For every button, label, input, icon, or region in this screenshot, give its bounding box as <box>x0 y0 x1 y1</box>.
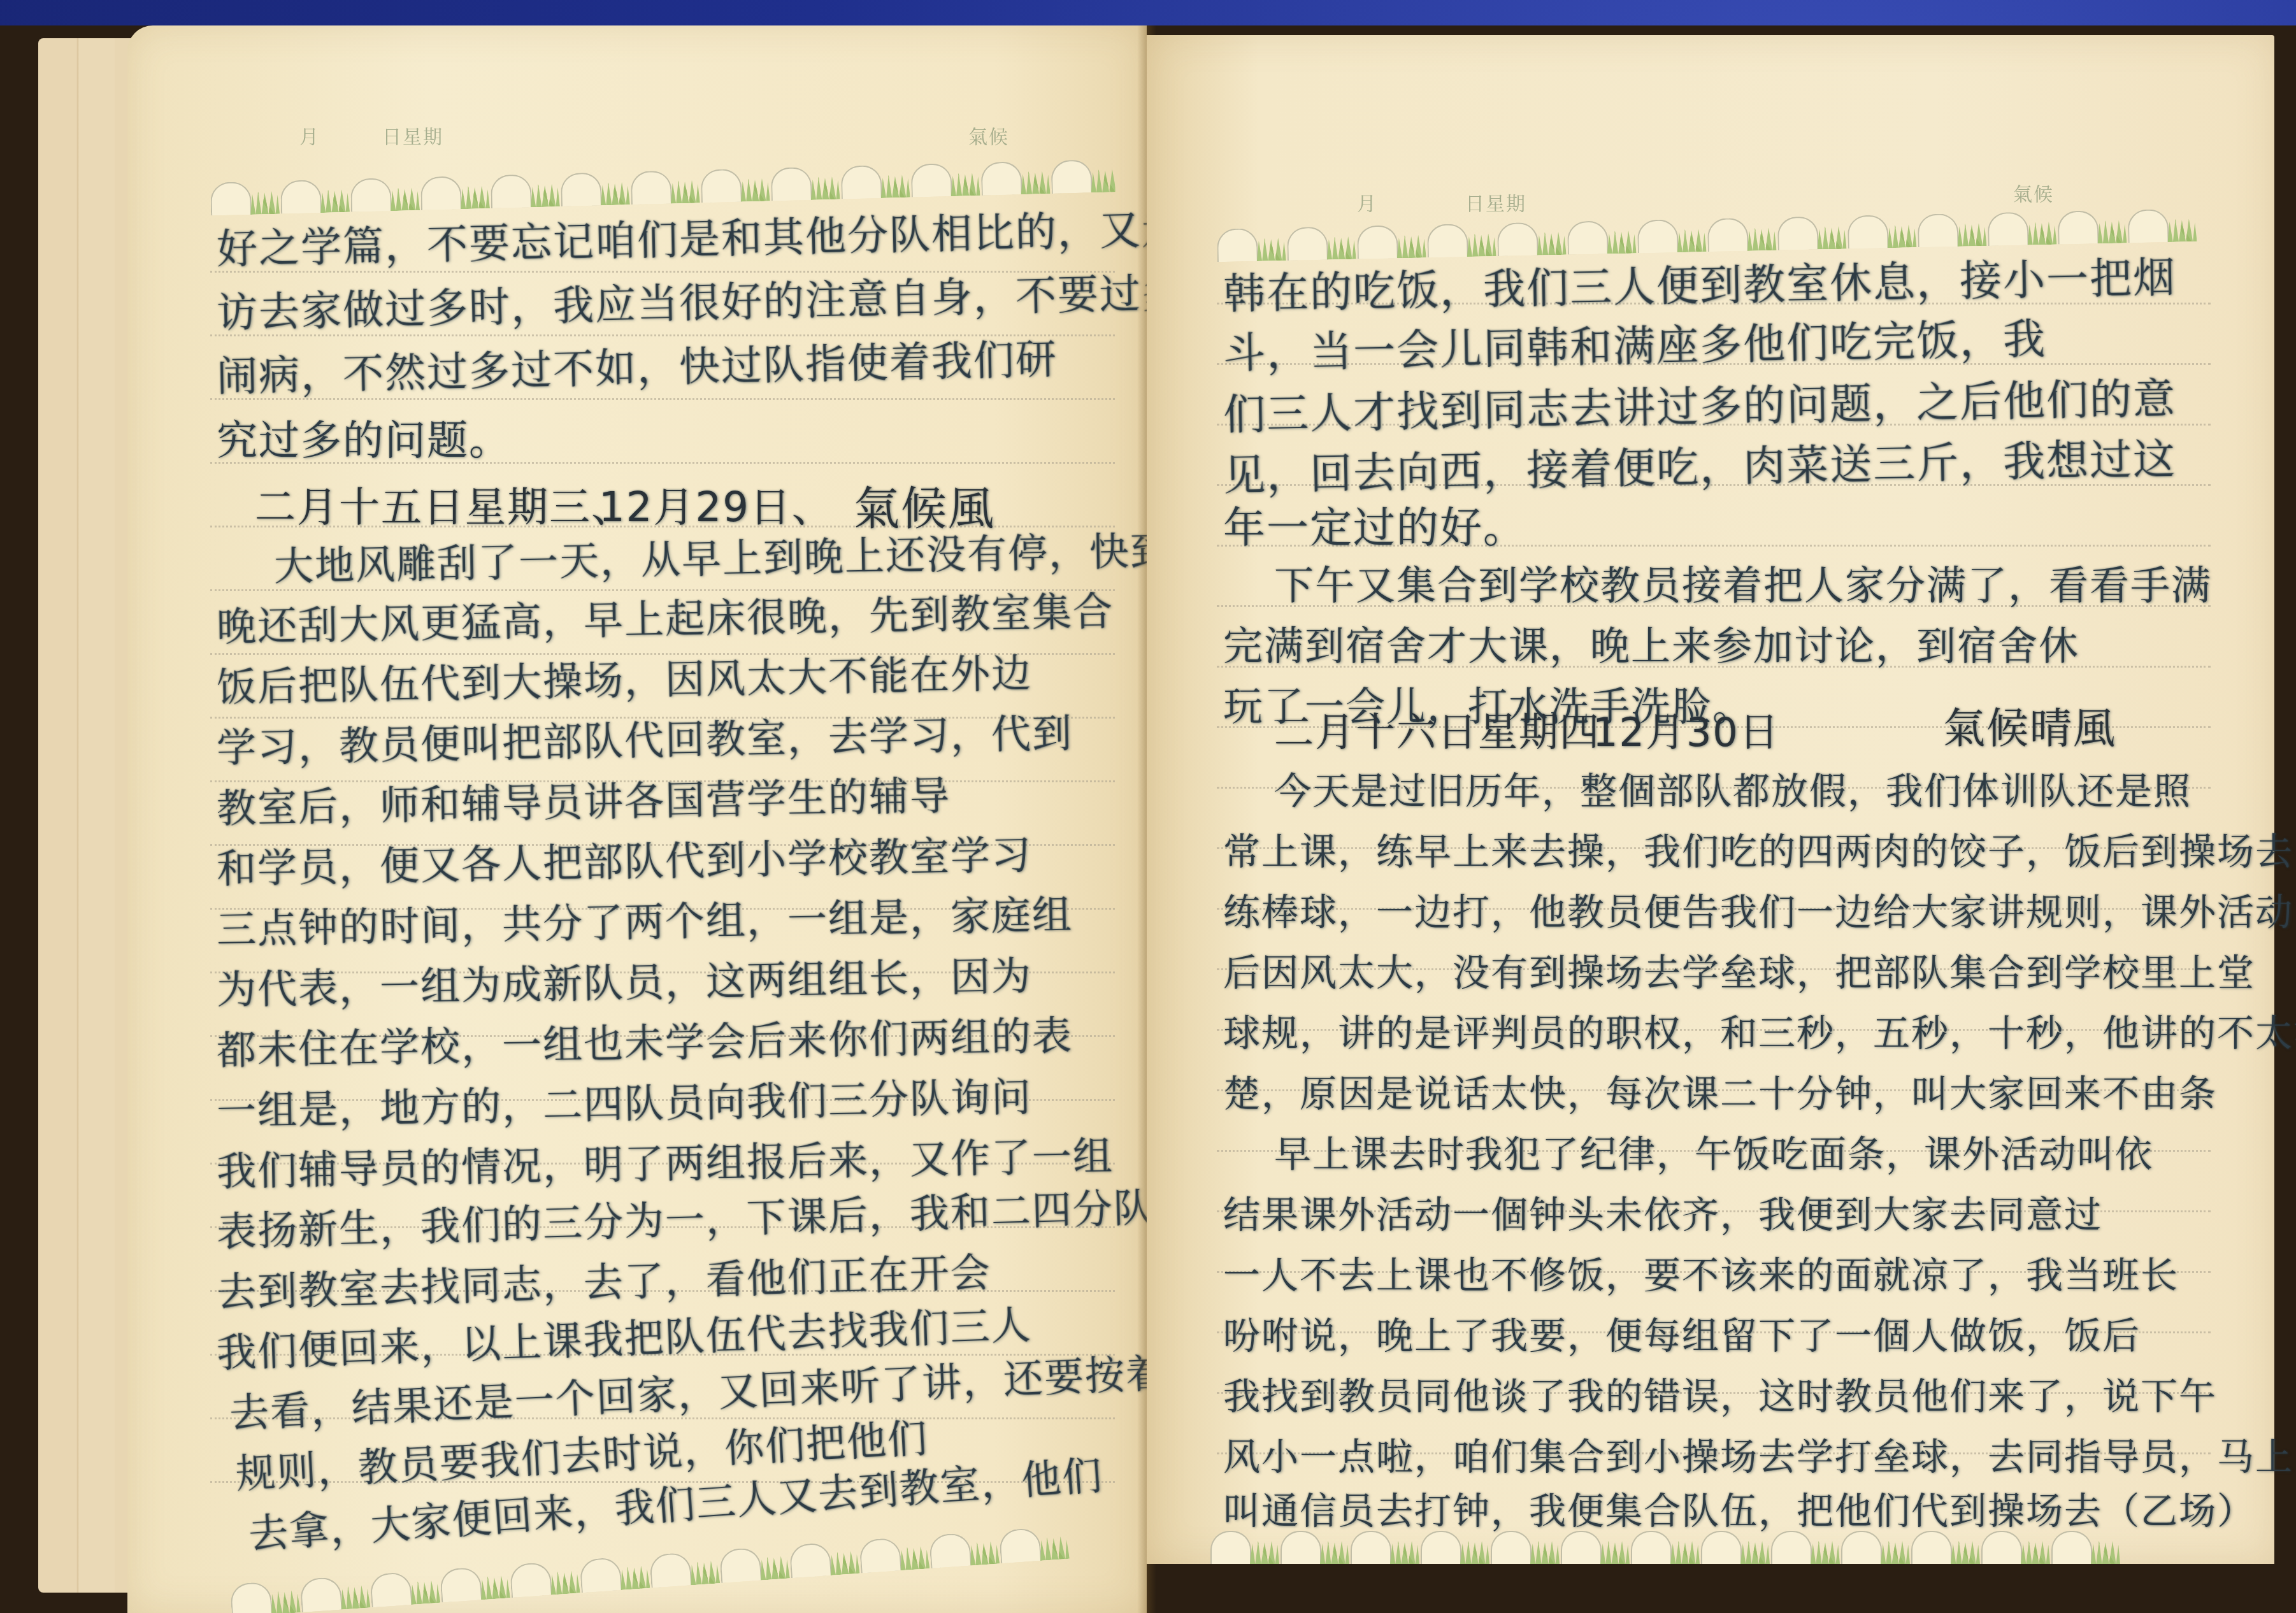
text-line: 早上课去时我犯了纪律，午饭吃面条，课外活动叫依 <box>1274 1124 2153 1178</box>
entry-date-solar: 12月30日 <box>1593 701 1780 757</box>
text-line: 完满到宿舍才大课，晚上来参加讨论，到宿舍休 <box>1223 615 2079 671</box>
text-line: 吩咐说，晚上了我要，便每组留下了一個人做饭，饭后 <box>1223 1306 2141 1359</box>
text-line: 究过多的问题。 <box>217 408 511 466</box>
text-line: 楚，原因是说话太快，每次课二十分钟，叫大家回来不由条 <box>1223 1064 2217 1117</box>
text-line: 练棒球，一边打，他教员便告我们一边给大家讲规则，课外活动 <box>1223 882 2293 936</box>
text-line: 年一定过的好。 <box>1223 494 1526 554</box>
bottom-grass-border <box>1210 1519 2166 1564</box>
text-line: 风小一点啦，咱们集合到小操场去学打垒球，去同指导员，马上 <box>1223 1427 2293 1480</box>
printed-month-label: 月 <box>1357 188 1377 216</box>
text-line: 我找到教员同他谈了我的错误，这时教员他们来了，说下午 <box>1223 1366 2217 1420</box>
printed-month-label: 月 <box>299 121 320 149</box>
entry-date-solar: 12月29日、 <box>599 475 834 533</box>
text-line: 后因风太大，没有到操场去学垒球，把部队集合到学校里上堂 <box>1223 943 2255 996</box>
text-line: 结果课外活动一個钟头未依齐，我便到大家去同意过 <box>1223 1185 2102 1238</box>
entry-date-lunar: 二月十六日星期四 <box>1274 701 1600 757</box>
printed-day-week-label: 日星期 <box>382 121 443 149</box>
text-line: 球规，讲的是评判员的职权，和三秒，五秒，十秒，他讲的不太清 <box>1223 1003 2296 1057</box>
text-line: 一人不去上课也不修饭，要不该来的面就凉了，我当班长 <box>1223 1245 2179 1299</box>
right-page: 月 日星期 氣候 韩在的吃饭，我们三人便到教室休息，接小一把烟 斗，当一会儿同韩… <box>1147 35 2274 1564</box>
printed-weather-label: 氣候 <box>968 121 1009 149</box>
text-line: 今天是过旧历年，整個部队都放假，我们体训队还是照 <box>1274 761 2192 815</box>
entry-weather: 氣候晴風 <box>1943 694 2116 755</box>
entry-date-lunar: 二月十五日星期三、 <box>255 475 633 533</box>
text-line: 常上课，练早上来去操，我们吃的四两肉的饺子，饭后到操场去 <box>1223 822 2293 875</box>
left-page: 月 日星期 氣候 好之学篇，不要忘记咱们是和其他分队相比的，又走 访去家做过多时… <box>127 25 1147 1613</box>
text-line: 下午又集合到学校教员接着把人家分满了，看看手满 <box>1274 554 2212 611</box>
